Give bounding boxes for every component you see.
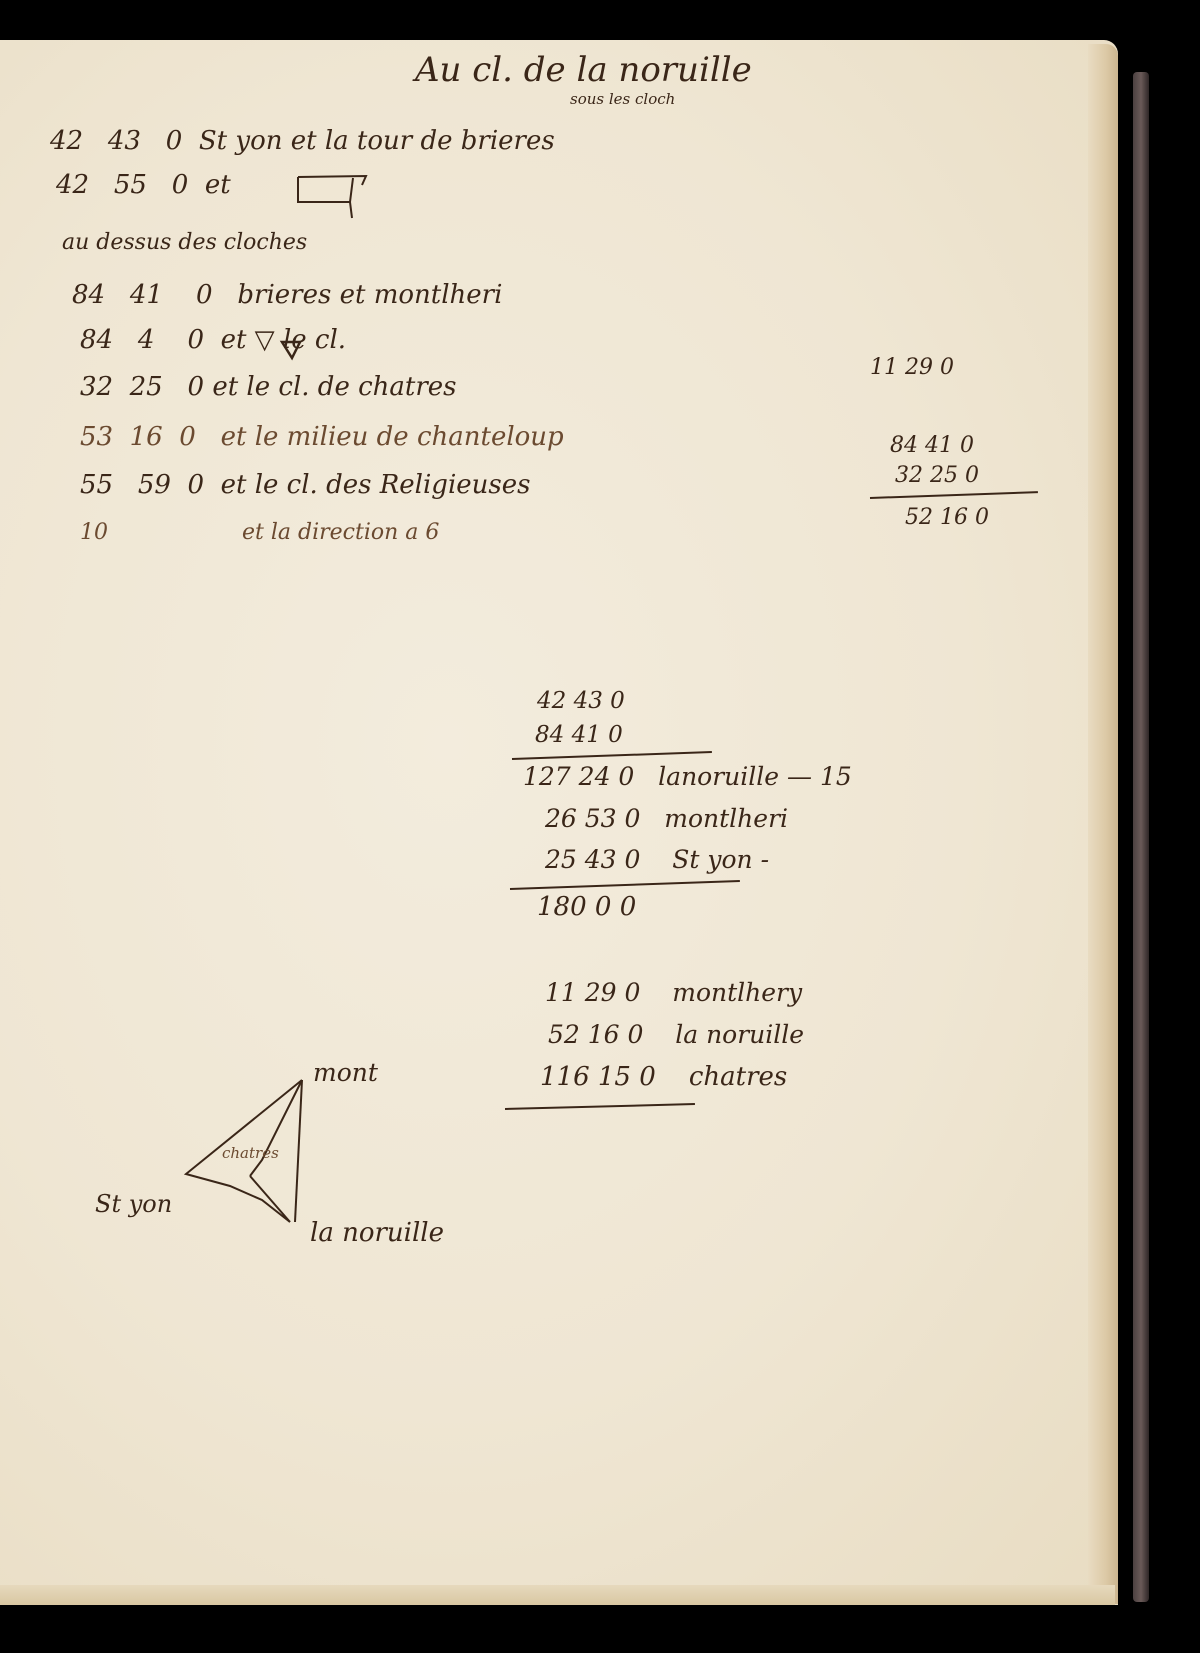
diagram-label-st-yon: St yon (95, 1190, 172, 1218)
bell-tower-sketch-icon (298, 176, 366, 218)
diagram-label-mont: mont (313, 1058, 378, 1087)
ink-sketches (0, 0, 1200, 1653)
triangle-marker-icon (282, 342, 300, 358)
diagram-label-chatres: chatres (222, 1144, 279, 1162)
diagram-label-la-noruille: la noruille (310, 1218, 444, 1248)
